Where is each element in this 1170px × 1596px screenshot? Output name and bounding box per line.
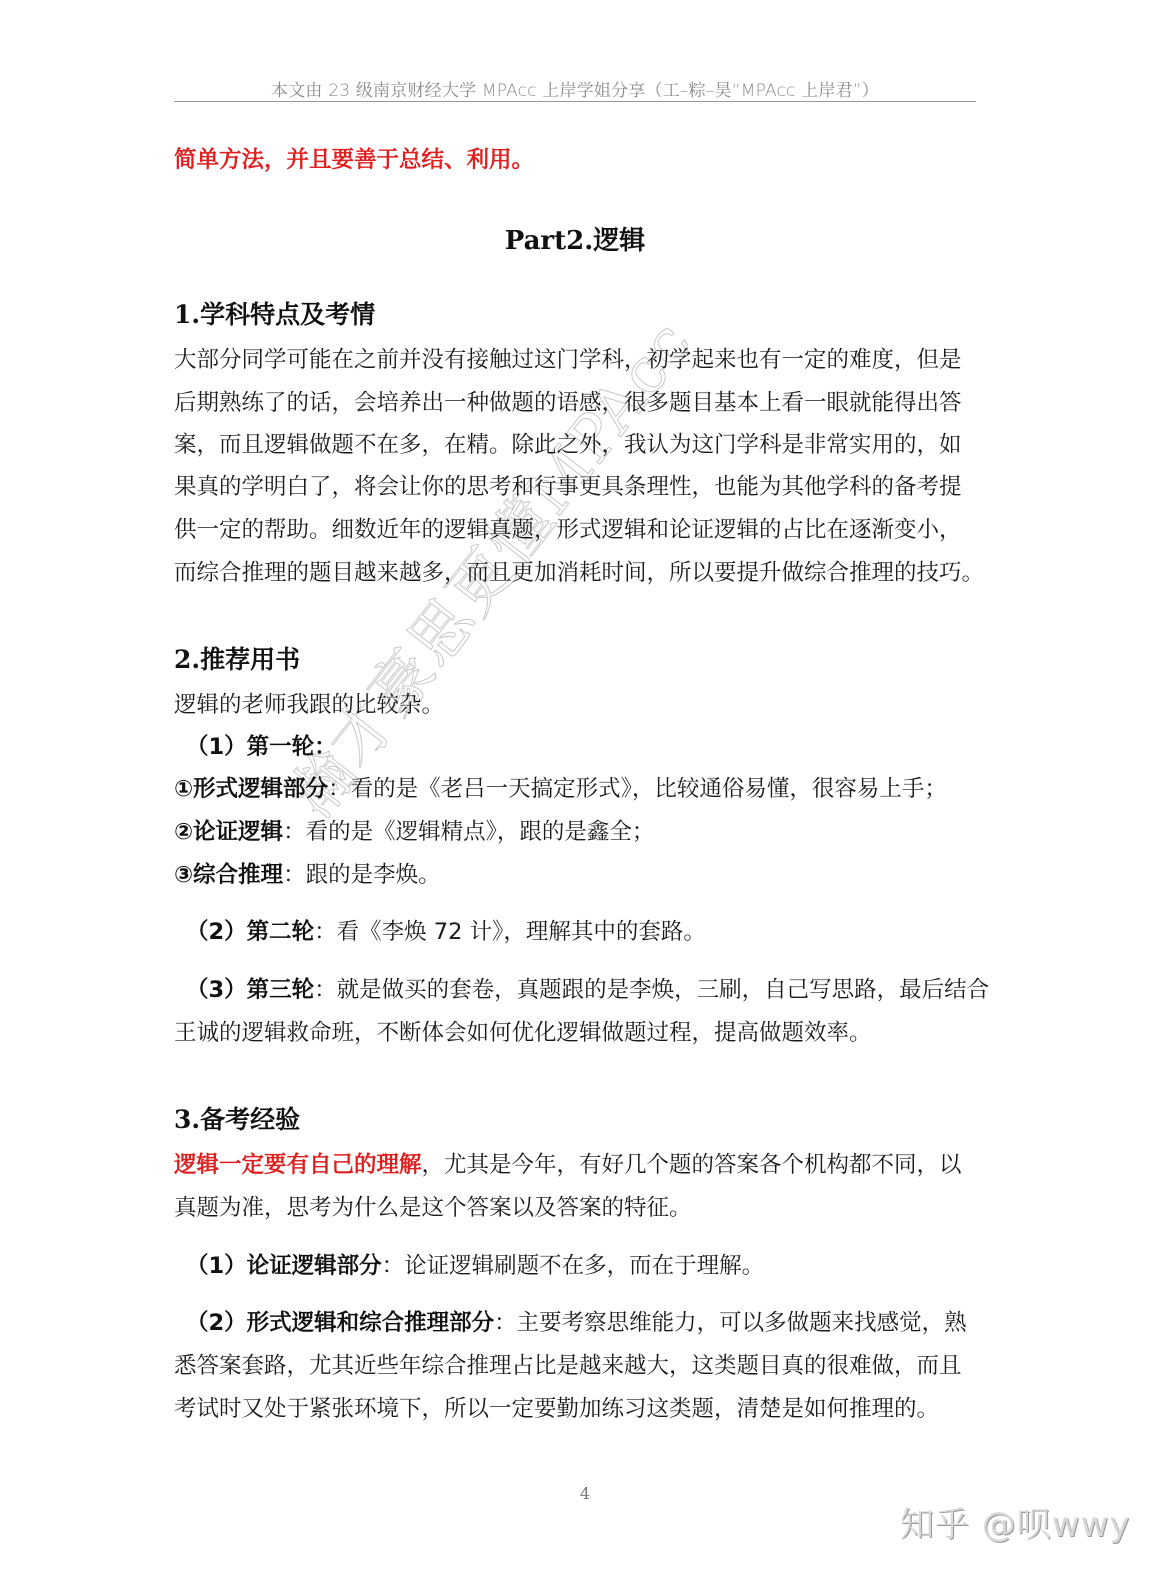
section-3-lead-continued: 真题为准，思考为什么是这个答案以及答案的特征。 xyxy=(174,1193,692,1223)
section-2-title: 推荐用书 xyxy=(200,645,300,674)
point-2-continued: 考试时又处于紧张环境下，所以一定要勤加练习这类题，清楚是如何推理的。 xyxy=(174,1394,939,1424)
section-2-number: 2. xyxy=(174,645,200,674)
point-1-text: ：论证逻辑刷题不在多，而在于理解。 xyxy=(382,1253,765,1279)
round-2-label: （2）第二轮 xyxy=(186,919,314,945)
item-label: ②论证逻辑 xyxy=(174,819,283,845)
round-2: （2）第二轮：看《李焕 72 计》，理解其中的套路。 xyxy=(186,917,706,947)
item-label: ①形式逻辑部分 xyxy=(174,776,328,802)
intro-red-line: 简单方法，并且要善于总结、利用。 xyxy=(174,145,534,175)
item-text: ：跟的是李焕。 xyxy=(283,862,441,888)
round-3-continued: 王诚的逻辑救命班，不断体会如何优化逻辑做题过程，提高做题效率。 xyxy=(174,1018,872,1048)
round-1-item: ②论证逻辑：看的是《逻辑精点》，跟的是鑫全； xyxy=(174,817,654,847)
item-text: ：看的是《逻辑精点》，跟的是鑫全； xyxy=(283,819,654,845)
paragraph-line: 果真的学明白了，将会让你的思考和行事更具条理性，也能为其他学科的备考提 xyxy=(174,472,962,502)
point-2-text: ：主要考察思维能力，可以多做题来找感觉，熟 xyxy=(494,1310,967,1336)
item-text: ：看的是《老吕一天搞定形式》，比较通俗易懂，很容易上手； xyxy=(328,776,947,802)
section-3-title: 备考经验 xyxy=(200,1105,300,1134)
point-2: （2）形式逻辑和综合推理部分：主要考察思维能力，可以多做题来找感觉，熟 xyxy=(186,1308,967,1338)
running-header: 本文由 23 级南京财经大学 MPAcc 上岸学姐分享（工–粽–昊“MPAcc … xyxy=(174,76,976,101)
point-1-label: （1）论证逻辑部分 xyxy=(186,1253,382,1279)
section-3-heading: 3.备考经验 xyxy=(174,1100,300,1136)
round-3-label: （3）第三轮 xyxy=(186,977,314,1003)
zhihu-watermark: 知乎 @呗wwy xyxy=(900,1497,1131,1546)
lead-text: ，尤其是今年，有好几个题的答案各个机构都不同，以 xyxy=(422,1152,962,1178)
round-2-text: ：看《李焕 72 计》，理解其中的套路。 xyxy=(314,919,706,945)
lead-emphasis: 逻辑一定要有自己的理解 xyxy=(174,1152,422,1178)
point-2-label: （2）形式逻辑和综合推理部分 xyxy=(186,1310,494,1336)
point-1: （1）论证逻辑部分：论证逻辑刷题不在多，而在于理解。 xyxy=(186,1251,764,1281)
round-1-label: （1）第一轮： xyxy=(186,732,337,762)
item-label: ③综合推理 xyxy=(174,862,283,888)
section-1-title: 学科特点及考情 xyxy=(200,300,375,329)
point-2-continued: 悉答案套路，尤其近些年综合推理占比是越来越大，这类题目真的很难做，而且 xyxy=(174,1351,962,1381)
paragraph-line: 案，而且逻辑做题不在多，在精。除此之外，我认为这门学科是非常实用的，如 xyxy=(174,430,962,460)
paragraph-line: 后期熟练了的话，会培养出一种做题的语感，很多题目基本上看一眼就能得出答 xyxy=(174,388,962,418)
round-1-item: ③综合推理：跟的是李焕。 xyxy=(174,860,441,890)
header-divider xyxy=(174,101,976,102)
section-2-intro: 逻辑的老师我跟的比较杂。 xyxy=(174,690,444,720)
round-1-item: ①形式逻辑部分：看的是《老吕一天搞定形式》，比较通俗易懂，很容易上手； xyxy=(174,774,947,804)
section-3-lead: 逻辑一定要有自己的理解，尤其是今年，有好几个题的答案各个机构都不同，以 xyxy=(174,1150,962,1180)
section-2-heading: 2.推荐用书 xyxy=(174,640,300,676)
section-1-number: 1. xyxy=(174,300,200,329)
part-title: Part2.逻辑 xyxy=(174,220,976,257)
paragraph-line: 大部分同学可能在之前并没有接触过这门学科，初学起来也有一定的难度，但是 xyxy=(174,345,962,375)
paragraph-line: 供一定的帮助。细数近年的逻辑真题，形式逻辑和论证逻辑的占比在逐渐变小， xyxy=(174,515,962,545)
paragraph-line: 而综合推理的题目越来越多，而且更加消耗时间，所以要提升做综合推理的技巧。 xyxy=(174,558,984,588)
round-3: （3）第三轮：就是做买的套卷，真题跟的是李焕，三刷，自己写思路，最后结合 xyxy=(186,975,989,1005)
round-3-text: ：就是做买的套卷，真题跟的是李焕，三刷，自己写思路，最后结合 xyxy=(314,977,989,1003)
section-1-heading: 1.学科特点及考情 xyxy=(174,295,375,331)
section-3-number: 3. xyxy=(174,1105,200,1134)
